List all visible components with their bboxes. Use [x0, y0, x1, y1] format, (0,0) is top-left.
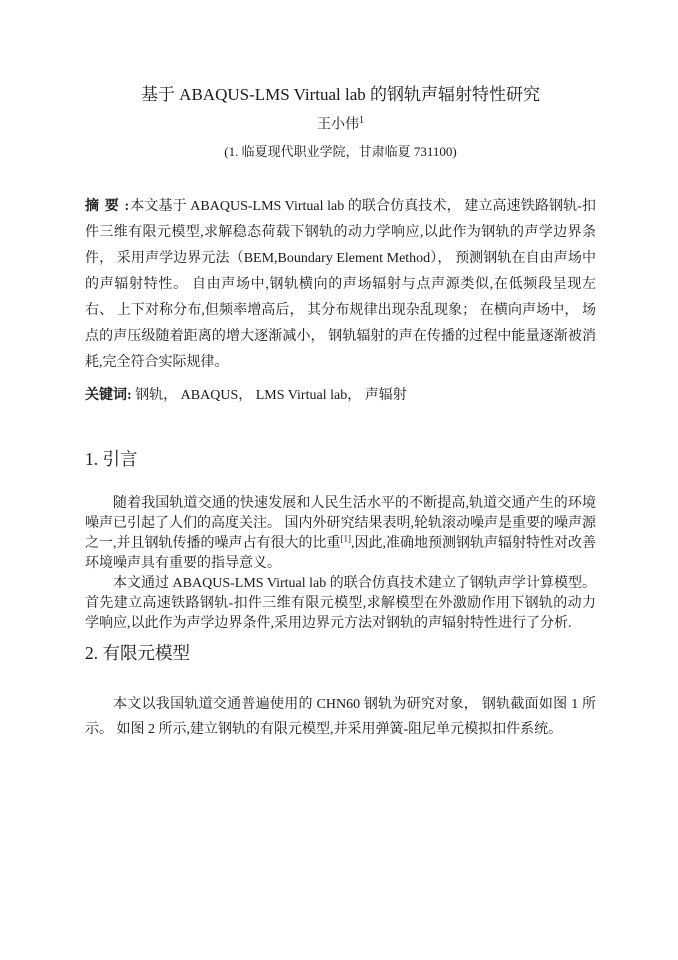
abstract-block: 摘 要 :本文基于 ABAQUS-LMS Virtual lab 的联合仿真技术…: [85, 194, 596, 376]
paper-title: 基于 ABAQUS-LMS Virtual lab 的钢轨声辐射特性研究: [85, 84, 596, 106]
introduction-paragraph-1: 随着我国轨道交通的快速发展和人民生活水平的不断提高,轨道交通产生的环境噪声已引起…: [85, 494, 596, 574]
abstract-label: 摘 要 :: [85, 199, 130, 214]
section-heading-fem-model: 2. 有限元模型: [85, 641, 596, 665]
keywords-text: 钢轨， ABAQUS， LMS Virtual lab， 声辐射: [132, 388, 407, 403]
introduction-paragraph-2: 本文通过 ABAQUS-LMS Virtual lab 的联合仿真技术建立了钢轨…: [85, 574, 596, 634]
keywords-label: 关键词:: [85, 388, 132, 403]
keywords-block: 关键词: 钢轨， ABAQUS， LMS Virtual lab， 声辐射: [85, 383, 596, 409]
page-content: 基于 ABAQUS-LMS Virtual lab 的钢轨声辐射特性研究 王小伟…: [85, 0, 596, 742]
fem-model-paragraph-1: 本文以我国轨道交通普遍使用的 CHN60 钢轨为研究对象， 钢轨截面如图 1 所…: [85, 692, 596, 742]
author-name: 王小伟: [317, 118, 359, 133]
author-affiliation-superscript: 1: [359, 115, 364, 126]
section-heading-introduction: 1. 引言: [85, 447, 596, 471]
abstract-text: 本文基于 ABAQUS-LMS Virtual lab 的联合仿真技术， 建立高…: [85, 199, 596, 370]
author-line: 王小伟1: [85, 111, 596, 136]
citation-reference-1: [1]: [341, 533, 352, 543]
paper-page: 基于 ABAQUS-LMS Virtual lab 的钢轨声辐射特性研究 王小伟…: [0, 0, 678, 960]
affiliation-line: (1. 临夏现代职业学院，甘肃临夏 731100): [85, 143, 596, 161]
